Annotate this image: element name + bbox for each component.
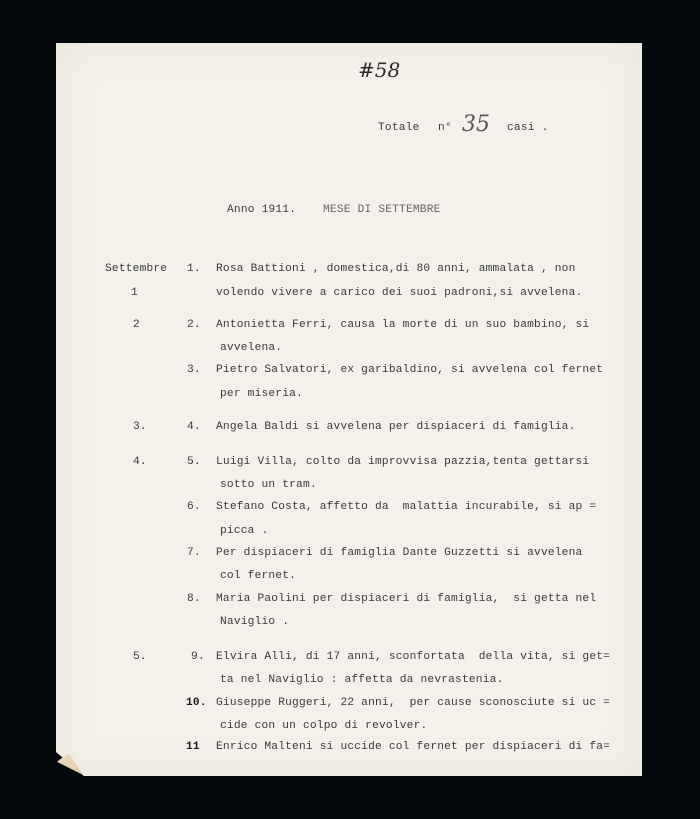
entry-number: 2.	[187, 319, 201, 331]
entry-line: Maria Paolini per dispiaceri di famiglia…	[216, 593, 596, 605]
entry-number: 1.	[187, 263, 201, 275]
entry-number: 8.	[187, 593, 201, 605]
archive-number: #58	[358, 58, 400, 82]
entry-line: Enrico Malteni si uccide col fernet per …	[216, 741, 610, 753]
entry-line: Luigi Villa, colto da improvvisa pazzia,…	[216, 456, 589, 468]
entry-line: Pietro Salvatori, ex garibaldino, si avv…	[216, 364, 603, 376]
entry-line: cide con un colpo di revolver.	[220, 720, 427, 732]
entry-number: 9.	[191, 651, 205, 663]
entry-line: per miseria.	[220, 388, 303, 400]
totale-label: Totale	[378, 122, 419, 134]
entry-line: Giuseppe Ruggeri, 22 anni, per cause sco…	[216, 697, 610, 709]
day-label: 3.	[133, 421, 147, 433]
entry-number: 11	[186, 741, 200, 753]
entry-line: Per dispiaceri di famiglia Dante Guzzett…	[216, 547, 582, 559]
entry-number: 10.	[186, 697, 207, 709]
entry-number: 6.	[187, 501, 201, 513]
entry-line: Stefano Costa, affetto da malattia incur…	[216, 501, 596, 513]
entry-number: 3.	[187, 364, 201, 376]
totale-number-prefix: n°	[438, 122, 452, 134]
day-label: 1	[131, 287, 138, 299]
entry-number: 7.	[187, 547, 201, 559]
entry-line: Naviglio .	[220, 616, 289, 628]
entry-line: avvelena.	[220, 342, 282, 354]
totale-suffix: casi .	[507, 122, 548, 134]
month-label: Settembre	[105, 263, 167, 275]
entry-line: Antonietta Ferri, causa la morte di un s…	[216, 319, 589, 331]
day-label: 2	[133, 319, 140, 331]
entry-number: 5.	[187, 456, 201, 468]
entry-line: Rosa Battioni , domestica,di 80 anni, am…	[216, 263, 576, 275]
heading-month: MESE DI SETTEMBRE	[323, 204, 441, 216]
entry-line: Angela Baldi si avvelena per dispiaceri …	[216, 421, 576, 433]
entry-line: col fernet.	[220, 570, 296, 582]
day-label: 4.	[133, 456, 147, 468]
entry-line: volendo vivere a carico dei suoi padroni…	[216, 287, 582, 299]
entry-number: 4.	[187, 421, 201, 433]
entry-line: picca .	[220, 525, 268, 537]
entry-line: sotto un tram.	[220, 479, 317, 491]
document-page	[56, 43, 642, 776]
entry-line: Elvira Alli, di 17 anni, sconfortata del…	[216, 651, 610, 663]
day-label: 5.	[133, 651, 147, 663]
heading-year: Anno 1911.	[227, 204, 296, 216]
totale-count: 35	[462, 112, 490, 137]
entry-line: ta nel Naviglio : affetta da nevrastenia…	[220, 674, 503, 686]
